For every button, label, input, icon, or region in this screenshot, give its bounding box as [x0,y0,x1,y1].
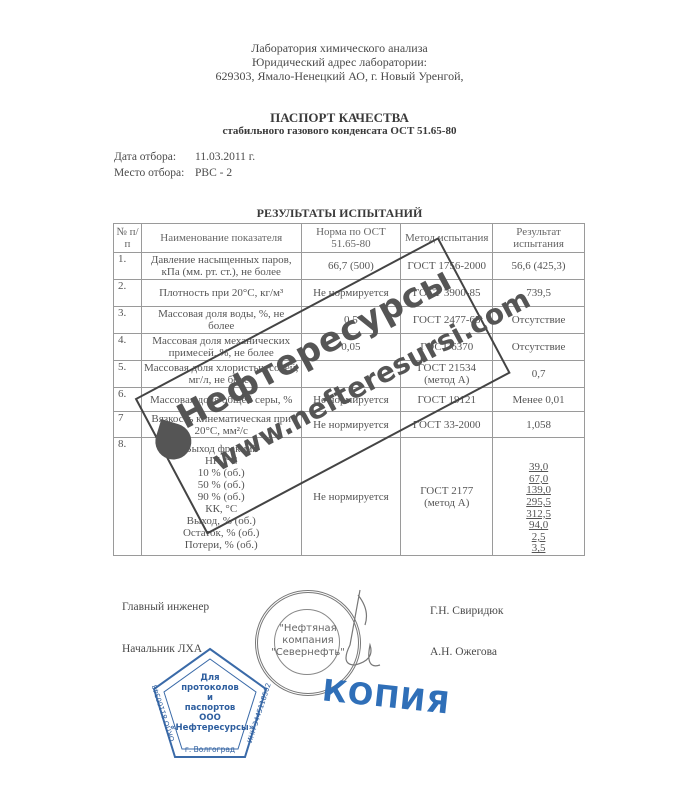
row-norm: Не нормируется [301,388,401,412]
sample-place-label: Место отбора: [114,167,184,179]
fraction-label: Выход, % (об.) [144,515,299,527]
chief-engineer-name: Г.Н. Свиридюк [430,605,503,617]
pentagon-line: «Нефтересурсы» [170,723,250,733]
signature-scribble [320,585,400,675]
table-row: 2. Плотность при 20°С, кг/м³ Не нормируе… [114,280,585,307]
method-line: (метод А) [403,497,490,509]
row-norm: 0,05 [301,334,401,361]
address-label: Юридический адрес лаборатории: [0,56,679,69]
fraction-label: НК, °С [144,455,299,467]
table-row: 1. Давление насыщенных паров, кПа (мм. р… [114,253,585,280]
lab-name: Лаборатория химического анализа [0,42,679,55]
col-header-norm: Норма по ОСТ 51.65-80 [301,224,401,253]
method-line: ГОСТ 2177 [403,485,490,497]
fraction-label: Остаток, % (об.) [144,527,299,539]
row-num: 1. [114,253,142,280]
row-result: Менее 0,01 [493,388,585,412]
row-result: Отсутствие [493,334,585,361]
row-norm: Не нормируется [301,280,401,307]
table-row: 3. Массовая доля воды, %, не более 0,5 Г… [114,307,585,334]
row-norm: Не нормируется [301,412,401,438]
lab-address: 629303, Ямало-Ненецкий АО, г. Новый Урен… [0,70,679,83]
table-row-distillation: 8. Выход фракцийНК, °С10 % (об.)50 % (об… [114,438,585,556]
fraction-label: КК, °С [144,503,299,515]
table-header-row: № п/п Наименование показателя Норма по О… [114,224,585,253]
row-norm [301,361,401,388]
row-name: Массовая доля механических примесей, %, … [141,334,301,361]
pentagon-line: ООО [170,713,250,723]
col-header-num: № п/п [114,224,142,253]
chief-engineer-label: Главный инженер [122,601,209,613]
row-result: Отсутствие [493,307,585,334]
row-num: 2. [114,280,142,307]
table-row: 7 Вязкость кинематическая при 20°С, мм²/… [114,412,585,438]
pentagon-stamp: Для протоколов и паспортов ООО «Нефтерес… [150,645,270,763]
row-result: 1,058 [493,412,585,438]
document-title: ПАСПОРТ КАЧЕСТВА [0,110,679,126]
table-row: 5. Массовая доля хлористых солей, мг/л, … [114,361,585,388]
row-method: ГОСТ 2177 (метод А) [401,438,493,556]
row-method: ГОСТ 19121 [401,388,493,412]
table-row: 6. Массовая доля общей серы, % Не нормир… [114,388,585,412]
row-method: ГОСТ 6370 [401,334,493,361]
col-header-result: Результат испытания [493,224,585,253]
row-norm: 66,7 (500) [301,253,401,280]
sample-date-label: Дата отбора: [114,151,176,163]
row-num: 3. [114,307,142,334]
row-result: 739,5 [493,280,585,307]
col-header-name: Наименование показателя [141,224,301,253]
sample-place: РВС - 2 [195,167,232,179]
row-name: Массовая доля воды, %, не более [141,307,301,334]
row-name: Выход фракцийНК, °С10 % (об.)50 % (об.)9… [141,438,301,556]
row-name: Массовая доля хлористых солей, мг/л, не … [141,361,301,388]
row-norm: Не нормируется [301,438,401,556]
pentagon-line: и [170,693,250,703]
pentagon-city: г. Волгоград [180,745,240,754]
row-method: ГОСТ 21534 (метод А) [401,361,493,388]
row-name: Давление насыщенных паров, кПа (мм. рт. … [141,253,301,280]
row-num: 7 [114,412,142,438]
fraction-label: 50 % (об.) [144,479,299,491]
table-row: 4. Массовая доля механических примесей, … [114,334,585,361]
results-title: РЕЗУЛЬТАТЫ ИСПЫТАНИЙ [0,206,679,221]
fraction-result: 3,5 [495,543,582,555]
row-result: 56,6 (425,3) [493,253,585,280]
row-name: Массовая доля общей серы, % [141,388,301,412]
row-num: 6. [114,388,142,412]
col-header-method: Метод испытания [401,224,493,253]
results-table: № п/п Наименование показателя Норма по О… [113,223,585,556]
row-method: ГОСТ 2477-65 [401,307,493,334]
row-result: 0,7 [493,361,585,388]
row-method: ГОСТ 33-2000 [401,412,493,438]
row-name: Плотность при 20°С, кг/м³ [141,280,301,307]
fraction-label: 90 % (об.) [144,491,299,503]
pentagon-line: Для [170,673,250,683]
fraction-label: 10 % (об.) [144,467,299,479]
pentagon-line: протоколов [170,683,250,693]
sample-date: 11.03.2011 г. [195,151,255,163]
row-name: Вязкость кинематическая при 20°С, мм²/с [141,412,301,438]
lab-head-name: А.Н. Ожегова [430,646,497,658]
row-method: ГОСТ 1756-2000 [401,253,493,280]
pentagon-text: Для протоколов и паспортов ООО «Нефтерес… [170,673,250,733]
row-num: 5. [114,361,142,388]
row-num: 8. [114,438,142,556]
fraction-label: Выход фракций [144,443,299,455]
pentagon-line: паспортов [170,703,250,713]
document-subtitle: стабильного газового конденсата ОСТ 51.6… [0,125,679,137]
fraction-result: 295,5 [495,497,582,509]
copy-stamp: КОПИЯ [321,673,452,721]
fraction-label: Потери, % (об.) [144,539,299,551]
row-method: ГОСТ 3900-85 [401,280,493,307]
row-results: 39,067,0139,0295,5312,594,02,53,5 [493,438,585,556]
row-norm: 0,5 [301,307,401,334]
row-num: 4. [114,334,142,361]
